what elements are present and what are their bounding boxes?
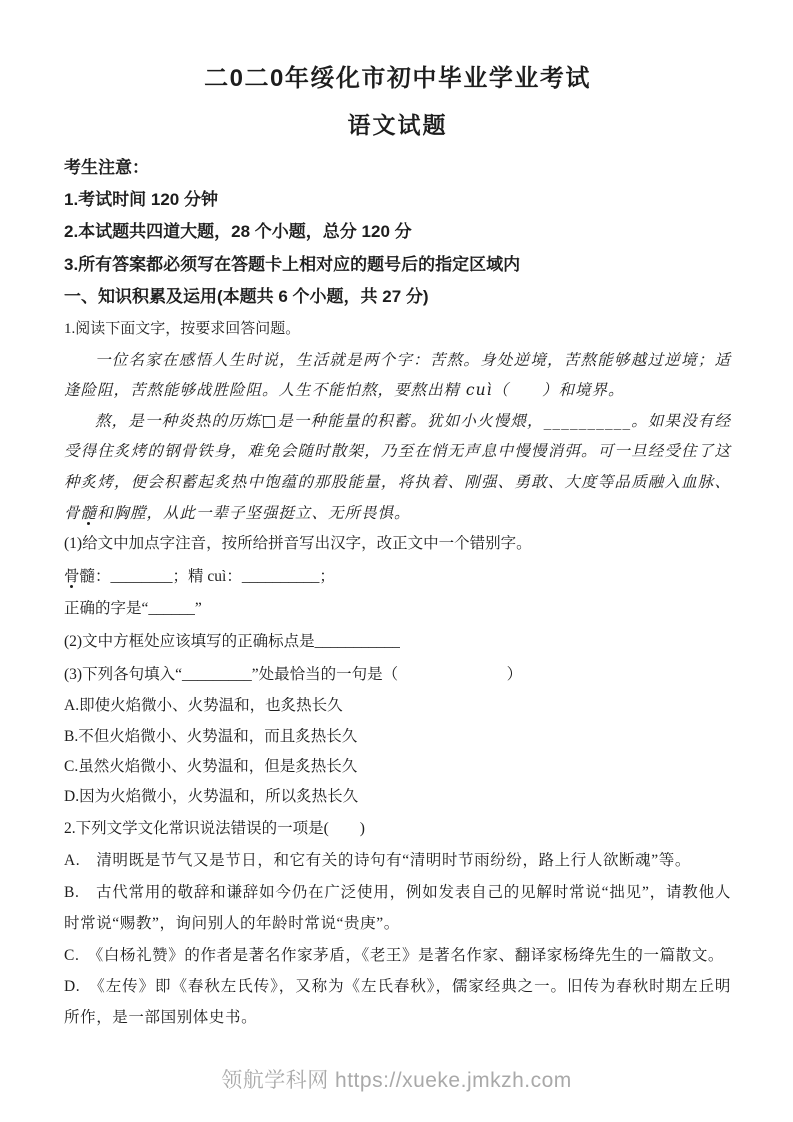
- question-1-sub1-correct-char: 正确的字是“______”: [64, 593, 731, 626]
- sub1-blanks-text: 髓：________；精 cuì：__________；: [80, 568, 335, 585]
- watermark-text: 领航学科网 https://xueke.jmkzh.com: [0, 1064, 793, 1094]
- section-1-heading: 一、知识积累及运用(本题共 6 个小题，共 27 分): [64, 281, 731, 313]
- question-1-sub1-blanks: 骨髓：________；精 cuì：__________；: [64, 561, 731, 594]
- question-2-stem: 2.下列文学文化常识说法错误的一项是( ): [64, 813, 731, 846]
- page-subtitle: 语文试题: [64, 110, 731, 140]
- passage-paragraph-2: 熬，是一种炎热的历炼□是一种能量的积蓄。犹如小火慢煨，__________。如果…: [64, 406, 731, 528]
- passage-paragraph-1: 一位名家在感悟人生时说，生活就是两个字：苦熬。身处逆境，苦熬能够越过逆境；适逢险…: [64, 345, 731, 406]
- question-2-option-b: B. 古代常用的敬辞和谦辞如今仍在广泛使用，例如发表自己的见解时常说“拙见”，请…: [64, 877, 731, 940]
- page-title: 二0二0年绥化市初中毕业学业考试: [64, 64, 731, 94]
- question-2-option-c: C. 《白杨礼赞》的作者是著名作家茅盾，《老王》是著名作家、翻译家杨绛先生的一篇…: [64, 940, 731, 971]
- question-2-option-d: D. 《左传》即《春秋左氏传》，又称为《左氏春秋》，儒家经典之一。旧传为春秋时期…: [64, 971, 731, 1034]
- question-1-option-a: A.即使火焰微小、火势温和，也炙热长久: [64, 691, 731, 721]
- notice-item-3: 3.所有答案都必须写在答题卡上相对应的题号后的指定区域内: [64, 249, 731, 281]
- notice-heading: 考生注意：: [64, 152, 731, 184]
- question-1-option-b: B.不但火焰微小、火势温和，而且炙热长久: [64, 722, 731, 752]
- passage-p2-text-b: 和胸膛，从此一辈子坚强挺立、无所畏惧。: [97, 504, 411, 522]
- question-1-sub1: (1)给文中加点字注音，按所给拼音写出汉字，改正文中一个错别字。: [64, 528, 731, 561]
- question-1-option-c: C.虽然火焰微小、火势温和，但是炙热长久: [64, 752, 731, 782]
- question-1-stem: 1.阅读下面文字，按要求回答问题。: [64, 314, 731, 345]
- exam-paper-page: 二0二0年绥化市初中毕业学业考试 语文试题 考生注意： 1.考试时间 120 分…: [0, 0, 793, 1122]
- passage-p2-dotted-char: 髓: [81, 504, 98, 522]
- question-1-option-d: D.因为火焰微小，火势温和，所以炙热长久: [64, 782, 731, 812]
- question-1-sub2: (2)文中方框处应该填写的正确标点是___________: [64, 626, 731, 659]
- notice-item-2: 2.本试题共四道大题，28 个小题，总分 120 分: [64, 216, 731, 248]
- sub1-dotted-char: 骨: [64, 568, 80, 585]
- notice-item-1: 1.考试时间 120 分钟: [64, 184, 731, 216]
- question-1-sub3: (3)下列各句填入“_________”处最恰当的一句是（ ）: [64, 659, 731, 692]
- question-2-option-a: A. 清明既是节气又是节日，和它有关的诗句有“清明时节雨纷纷，路上行人欲断魂”等…: [64, 845, 731, 876]
